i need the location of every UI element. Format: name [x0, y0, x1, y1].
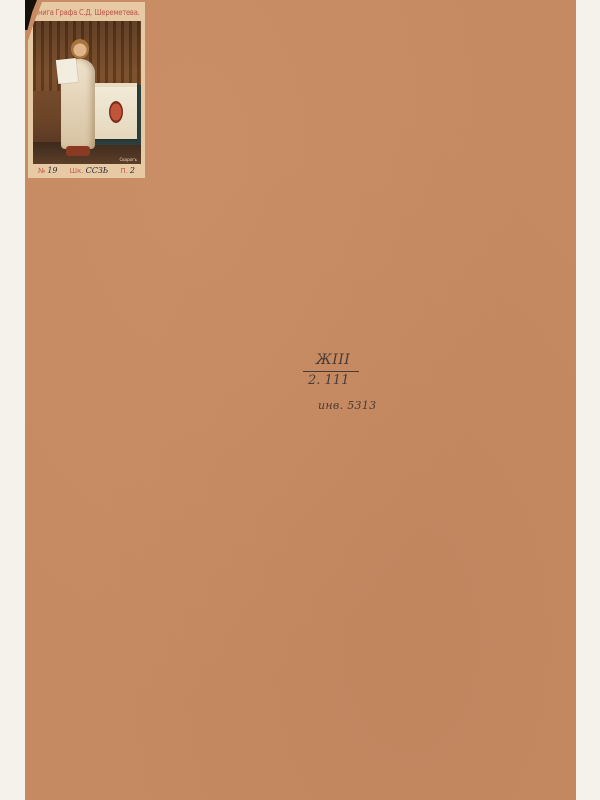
cabinet-label: Шк. — [70, 167, 84, 175]
number-label: № — [38, 167, 45, 175]
paper-image — [56, 58, 78, 84]
shelfmark-inventory: инв. 5313 — [318, 399, 376, 412]
cabinet-field: Шк. ССЗЬ — [70, 166, 109, 175]
shelf-value: 2 — [130, 166, 135, 175]
artist-signature: Сварогъ — [119, 157, 137, 162]
number-value: 19 — [47, 166, 57, 175]
figure-boots-image — [66, 146, 90, 156]
figure-head-image — [71, 39, 89, 59]
bookplate-header: Книга Графа С.Д. Шереметева. — [28, 6, 145, 20]
shelfmark-collection: ЖIII — [316, 352, 350, 368]
bookplate-illustration: Сварогъ — [33, 21, 141, 164]
cabinet-value: ССЗЬ — [86, 166, 109, 175]
shelfmark-number: 2. 111 — [308, 373, 349, 388]
shelf-label: П. — [120, 167, 128, 175]
shelf-field: П. 2 — [120, 166, 135, 175]
bookplate-label: Книга Графа С.Д. Шереметева. Сварогъ № 1… — [28, 2, 145, 178]
number-field: № 19 — [38, 166, 57, 175]
bookplate-footer: № 19 Шк. ССЗЬ П. 2 — [28, 163, 145, 177]
coat-of-arms-icon — [109, 101, 123, 123]
shelfmark-divider — [303, 371, 359, 372]
scan-viewport: Книга Графа С.Д. Шереметева. Сварогъ № 1… — [0, 0, 600, 800]
